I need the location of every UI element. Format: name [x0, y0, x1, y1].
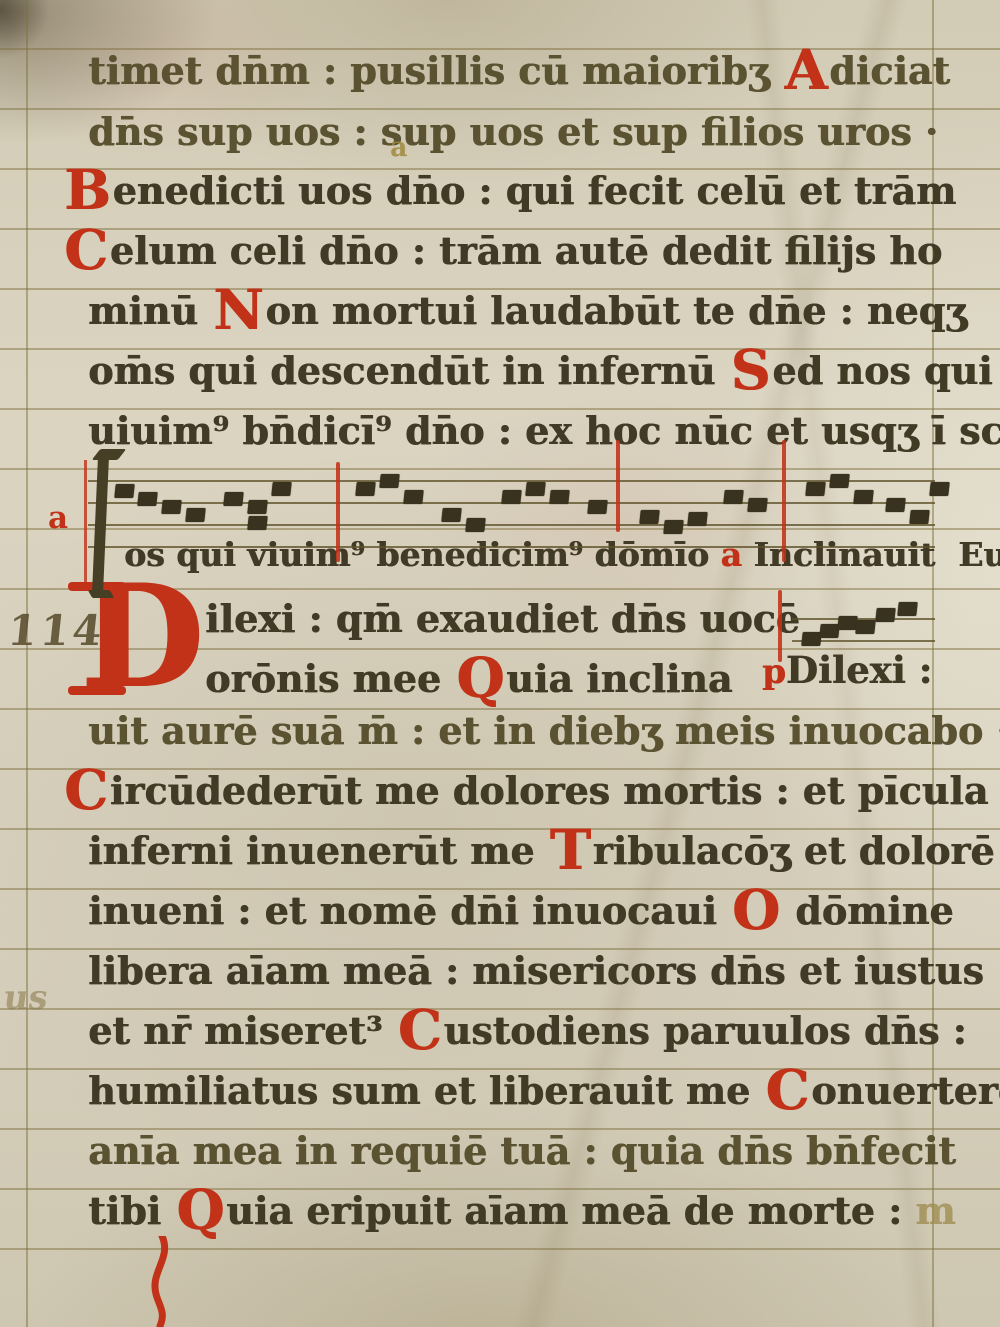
neume-note [355, 482, 375, 496]
text-run: m [915, 1188, 955, 1233]
text-line: Celum celi dn̄o : trām autē dedit fili… [62, 232, 942, 270]
folio-number: 114 [5, 606, 107, 655]
neume-note [465, 518, 485, 532]
text-line: dn̄s sup uos : sup uos et sup filios uro… [88, 113, 938, 151]
neume-note [723, 490, 743, 504]
text-run: uiuim⁹ bn̄dicī⁹ dn̄o : ex hoc nūc et u… [88, 408, 1000, 453]
versal-initial: C [763, 1057, 811, 1122]
text-line: uiuim⁹ bn̄dicī⁹ dn̄o : ex hoc nūc et u… [88, 412, 1000, 450]
text-line: orōnis mee Quia inclina [205, 660, 732, 698]
manuscript-page: timet dn̄m : pusillis cū maioribʒ Adici… [0, 0, 1000, 1327]
neume-note [639, 510, 659, 524]
text-run: inferni inuenerūt me [88, 828, 548, 873]
versal-initial: S [729, 337, 773, 402]
text-run: inueni : et nomē dn̄i inuocaui [88, 888, 730, 933]
text-line: om̄s qui descendūt in infernū Sed nos … [88, 352, 992, 390]
text-line: timet dn̄m : pusillis cū maioribʒ Adici… [88, 52, 950, 90]
division-bar [616, 440, 620, 532]
text-run: libera aīam meā : misericors dn̄s et iu… [88, 948, 1000, 993]
text-run: minū [88, 288, 211, 333]
text-line: inueni : et nomē dn̄i inuocaui O dōmin… [88, 892, 953, 930]
text-run: tibi [88, 1188, 174, 1233]
neume-note [161, 500, 181, 514]
psalm-cue: pDilexi : [762, 652, 932, 689]
staff-line [88, 546, 935, 548]
neume-note [501, 490, 521, 504]
division-bar [336, 462, 340, 562]
text-run: ircūdederūt me dolores mortis : et pīc… [110, 768, 989, 813]
initial-q-tail-flourish [146, 1236, 186, 1327]
text-run: humiliatus sum et liberauit me [88, 1068, 763, 1113]
neume-note [875, 608, 895, 622]
neume-note [687, 512, 707, 526]
versal-initial: Q [454, 645, 506, 710]
neume-note [909, 510, 929, 524]
neume-note [247, 500, 267, 514]
neume-note [137, 492, 157, 506]
neume-note [663, 520, 683, 534]
initial-d-bottom-arm [68, 686, 126, 695]
margin-quire-mark: us [1, 978, 50, 1018]
neume-note [855, 620, 875, 634]
text-line: Circūdederūt me dolores mortis : et pī… [62, 772, 988, 810]
text-run: elum celi dn̄o : trām autē dedit filij… [110, 228, 942, 273]
psalm-cue-prefix: p [762, 652, 786, 692]
text-run: uit aurē suā m̄ : et in diebʒ meis inu… [88, 708, 1000, 753]
versal-initial: A [782, 37, 829, 102]
interlinear-gloss: a [390, 132, 408, 163]
versal-initial: N [211, 277, 265, 342]
text-line: uit aurē suā m̄ : et in diebʒ meis inu… [88, 712, 1000, 750]
neume-note [929, 482, 949, 496]
neume-note [379, 474, 399, 488]
text-run: orōnis mee [205, 656, 454, 701]
text-run: enedicti uos dn̄o : qui fecit celū et t… [113, 168, 957, 213]
versal-initial: C [396, 997, 444, 1062]
text-run: anīa mea in requiē tuā : quia dn̄s bn̄… [88, 1128, 956, 1173]
text-run: ilexi : qm̄ exaudiet dn̄s uocē [205, 596, 800, 641]
neume-note [853, 490, 873, 504]
neume-note [805, 482, 825, 496]
chant-initial-foot [88, 590, 115, 598]
text-run: Euouae [947, 535, 1000, 574]
margin-chant-letter: a [48, 500, 68, 536]
neume-note [185, 508, 205, 522]
neume-note [271, 482, 291, 496]
neume-note [837, 616, 857, 630]
versal-initial: O [730, 877, 782, 942]
text-run: ustodiens paruulos dn̄s : [443, 1008, 966, 1053]
neume-note [829, 474, 849, 488]
neume-note [885, 498, 905, 512]
neume-note [525, 482, 545, 496]
neume-note [223, 492, 243, 506]
neume-note [747, 498, 767, 512]
text-line: Benedicti uos dn̄o : qui fecit celū et … [62, 172, 956, 210]
text-line: ilexi : qm̄ exaudiet dn̄s uocē [205, 600, 800, 638]
text-run: ribulacōʒ et dolorē [593, 828, 995, 873]
text-run: onuertere [811, 1068, 1000, 1113]
text-line: anīa mea in requiē tuā : quia dn̄s bn̄… [88, 1132, 956, 1170]
text-line: libera aīam meā : misericors dn̄s et iu… [88, 952, 1000, 990]
chant-initial-red-hairline [84, 460, 87, 588]
text-line: inferni inuenerūt me Tribulacōʒ et dol… [88, 832, 994, 870]
versal-initial: B [62, 157, 113, 222]
neume-note [247, 516, 267, 530]
text-run: ed nos qui [772, 348, 992, 393]
text-run: uia eripuit aīam meā de morte : [226, 1188, 915, 1233]
neume-note [441, 508, 461, 522]
neume-note [897, 602, 917, 616]
division-bar [782, 440, 786, 562]
text-run: on mortui laudabūt te dn̄e : neqʒ [265, 288, 966, 333]
music-staff [88, 462, 935, 562]
chant-initial-stem [92, 452, 109, 598]
text-run: et nr̄ miseret³ [88, 1008, 396, 1053]
text-line: et nr̄ miseret³ Custodiens paruulos dn̄s… [88, 1012, 967, 1050]
versal-initial: Q [174, 1177, 226, 1242]
text-line: minū Non mortui laudabūt te dn̄e : neq… [88, 292, 967, 330]
neume-note [403, 490, 423, 504]
text-run: om̄s qui descendūt in infernū [88, 348, 729, 393]
text-run: timet dn̄m : pusillis cū maioribʒ [88, 48, 782, 93]
neume-note [587, 500, 607, 514]
versal-initial: C [62, 217, 110, 282]
text-run: dn̄s sup uos : sup uos et sup filios uro… [88, 109, 938, 154]
text-run: dōmine [782, 888, 954, 933]
versal-initial: T [548, 817, 593, 882]
left-margin-rule [26, 0, 28, 1327]
text-run: diciat [829, 48, 950, 93]
text-run: uia inclina [506, 656, 732, 701]
chant-initial-n [84, 452, 124, 598]
text-line: tibi Quia eripuit aīam meā de morte : m [88, 1192, 955, 1230]
neume-note [549, 490, 569, 504]
versal-initial: C [62, 757, 110, 822]
psalm-cue-word: Dilexi : [786, 648, 932, 692]
staff-line [88, 524, 935, 526]
text-line: humiliatus sum et liberauit me Conuerter… [88, 1072, 1000, 1110]
